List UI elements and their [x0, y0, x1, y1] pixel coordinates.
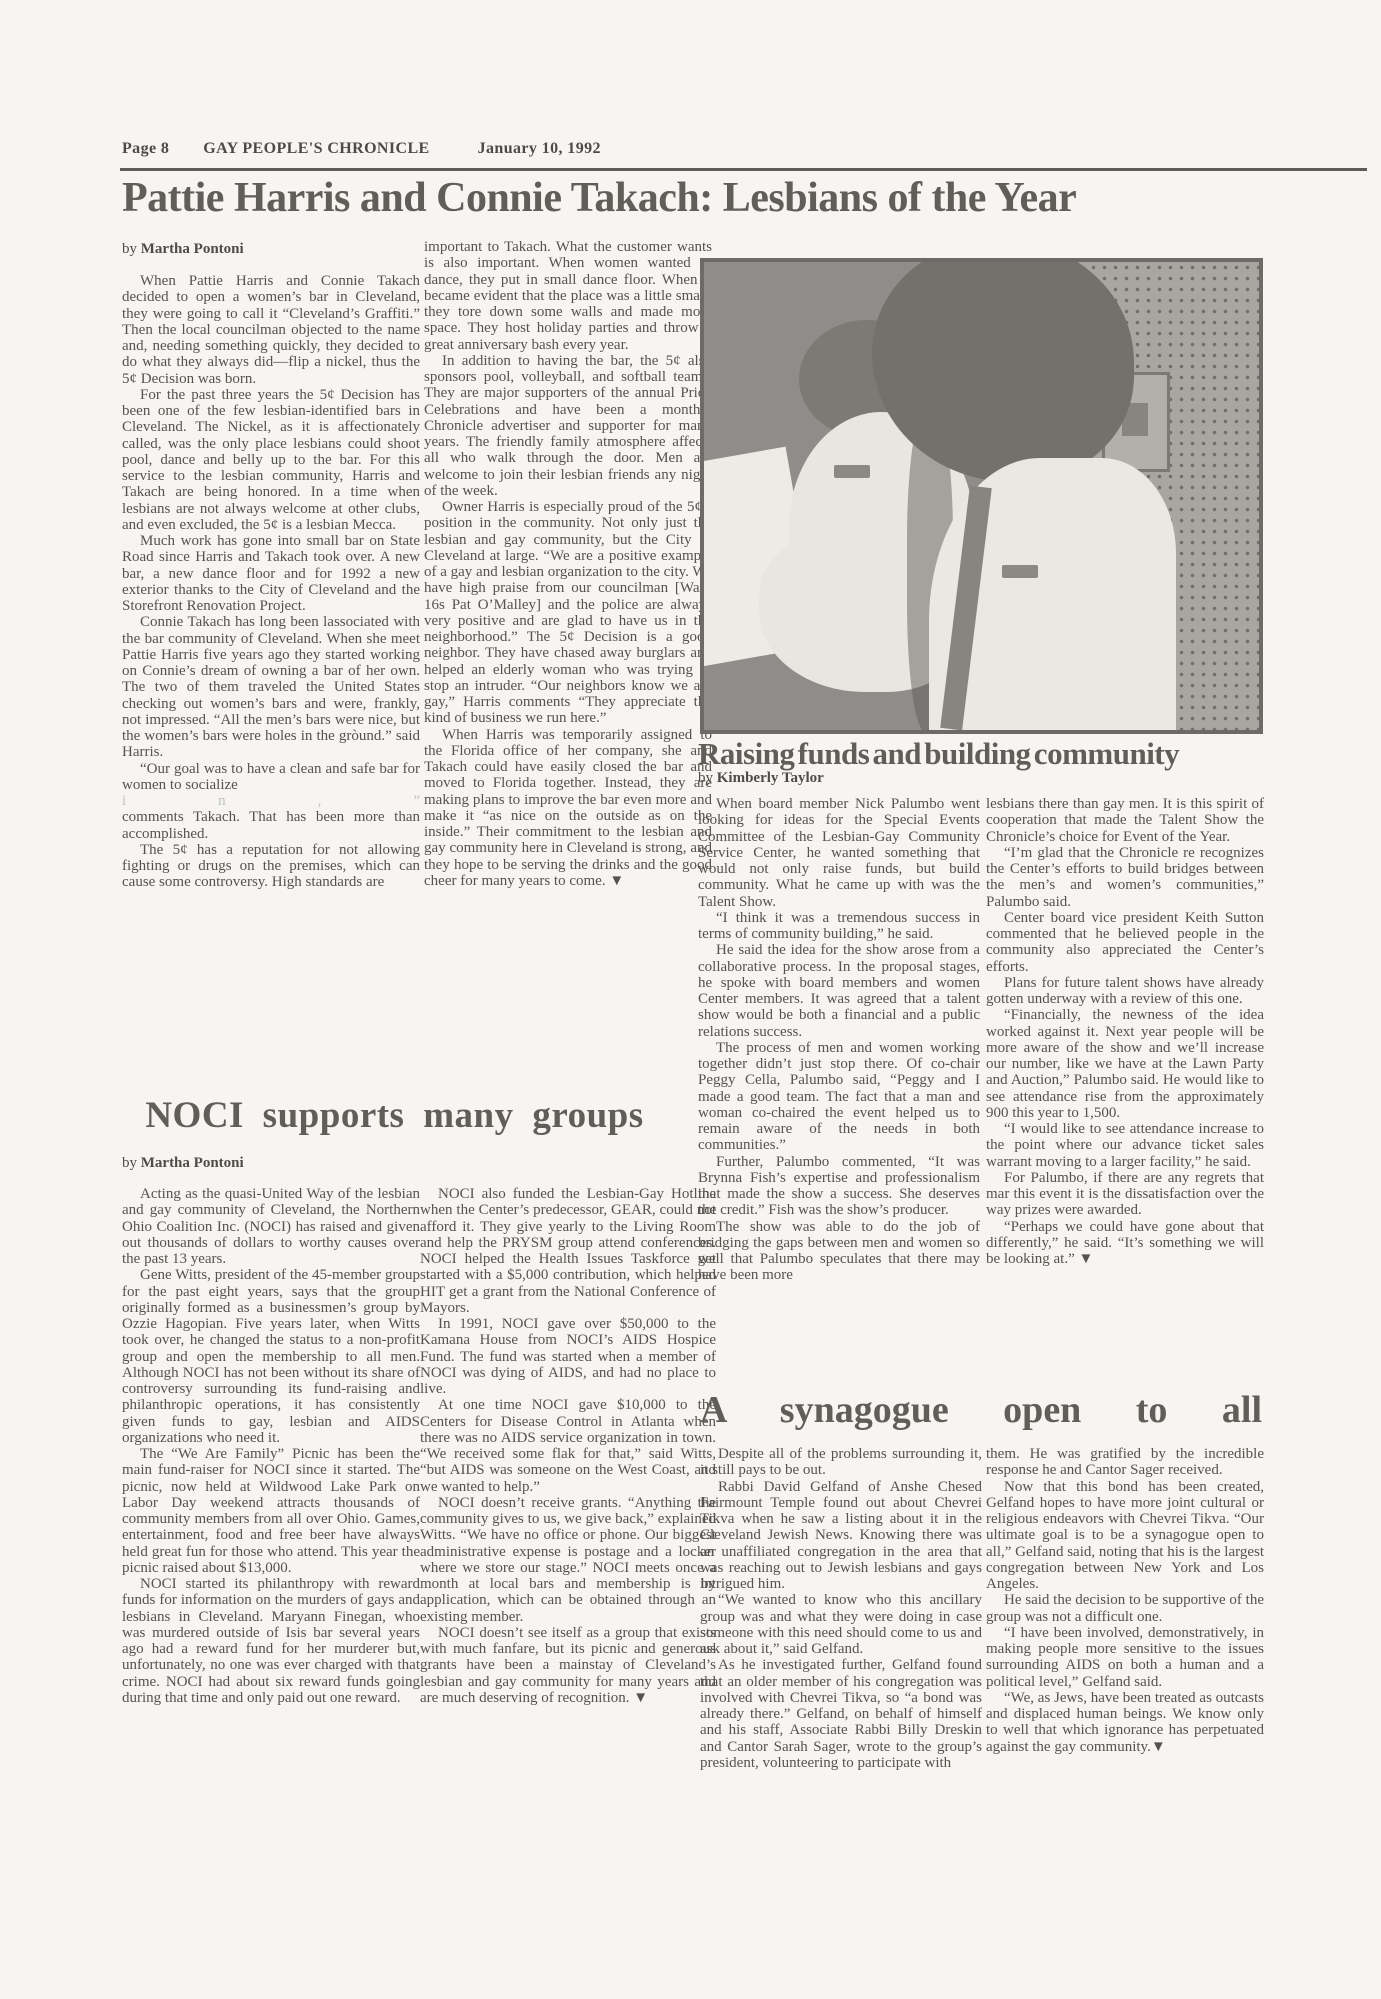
article2-column-2: lesbians there than gay men. It is this …: [986, 796, 1264, 1396]
byline-prefix: by: [122, 241, 137, 257]
article1-column-2: important to Takach. What the customer w…: [424, 239, 712, 1065]
paragraph: “I think it was a tremendous success in …: [698, 910, 980, 943]
paragraph: Owner Harris is especially proud of the …: [424, 499, 712, 727]
page-number: Page 8: [122, 140, 169, 158]
paragraph: The 5¢ has a reputation for not allowing…: [122, 842, 420, 891]
paragraph: The show was able to do the job of bridg…: [698, 1219, 980, 1284]
article4-column-1: Despite all of the problems surrounding …: [700, 1446, 982, 1876]
article1-column-1: When Pattie Harris and Connie Takach dec…: [122, 273, 420, 1065]
newspaper-page: Page 8 GAY PEOPLE'S CHRONICLE January 10…: [0, 0, 1381, 1999]
paragraph: Further, Palumbo commented, “It was Bryn…: [698, 1154, 980, 1219]
paragraph: The “We Are Family” Picnic has been the …: [122, 1446, 420, 1576]
article3-column-2: NOCI also funded the Lesbian-Gay Hotline…: [420, 1186, 716, 1826]
paragraph: At one time NOCI gave $10,000 to the Cen…: [420, 1397, 716, 1495]
paragraph: comments Takach. That has been more than…: [122, 809, 420, 842]
name-tag: [834, 465, 870, 478]
byline-prefix: by: [698, 770, 713, 786]
paragraph: Now that this bond has been created, Gel…: [986, 1479, 1264, 1593]
byline-author: Martha Pontoni: [141, 1155, 244, 1171]
paragraph: “I would like to see attendance increase…: [986, 1121, 1264, 1170]
paragraph: NOCI doesn’t receive grants. “Anything t…: [420, 1495, 716, 1625]
paragraph-print-defect: i n , ”: [122, 793, 420, 809]
headline-raising-funds: Raising funds and building community: [698, 736, 1264, 772]
paragraph: NOCI also funded the Lesbian-Gay Hotline…: [420, 1186, 716, 1316]
paragraph: The process of men and women working tog…: [698, 1040, 980, 1154]
publication-title: GAY PEOPLE'S CHRONICLE: [203, 140, 429, 158]
paragraph: When board member Nick Palumbo went look…: [698, 796, 980, 910]
paragraph: “We wanted to know who this ancillary gr…: [700, 1592, 982, 1657]
byline-author: Kimberly Taylor: [717, 770, 824, 786]
paragraph: Gene Witts, president of the 45-member g…: [122, 1267, 420, 1446]
paragraph: “I’m glad that the Chronicle re recogniz…: [986, 845, 1264, 910]
paragraph: Much work has gone into small bar on Sta…: [122, 533, 420, 614]
paragraph: Plans for future talent shows have alrea…: [986, 975, 1264, 1008]
name-tag: [1002, 565, 1038, 578]
paragraph: “Perhaps we could have gone about that d…: [986, 1219, 1264, 1268]
article-photo: [700, 258, 1263, 734]
paragraph: When Harris was temporarily assigned to …: [424, 727, 712, 890]
byline-prefix: by: [122, 1155, 137, 1171]
page-header: Page 8 GAY PEOPLE'S CHRONICLE January 10…: [122, 140, 601, 158]
paragraph: For Palumbo, if there are any regrets th…: [986, 1170, 1264, 1219]
paragraph: Despite all of the problems surrounding …: [700, 1446, 982, 1479]
paragraph: NOCI doesn’t see itself as a group that …: [420, 1625, 716, 1706]
paragraph: He said the idea for the show arose from…: [698, 942, 980, 1040]
article4-column-2: them. He was gratified by the incredible…: [986, 1446, 1264, 1876]
paragraph: lesbians there than gay men. It is this …: [986, 796, 1264, 845]
paragraph: important to Takach. What the customer w…: [424, 239, 712, 353]
byline-noci: by Martha Pontoni: [122, 1155, 244, 1172]
paragraph: As he investigated further, Gelfand foun…: [700, 1657, 982, 1771]
paragraph: When Pattie Harris and Connie Takach dec…: [122, 273, 420, 387]
byline-raising-funds: by Kimberly Taylor: [698, 770, 824, 787]
paragraph: He said the decision to be supportive of…: [986, 1592, 1264, 1625]
paragraph: Acting as the quasi-United Way of the le…: [122, 1186, 420, 1267]
paragraph: them. He was gratified by the incredible…: [986, 1446, 1264, 1479]
paragraph: “We, as Jews, have been treated as outca…: [986, 1690, 1264, 1755]
headline-lesbians-of-the-year: Pattie Harris and Connie Takach: Lesbian…: [122, 177, 1282, 221]
masthead-rule: [120, 168, 1367, 171]
headline-noci: NOCI supports many groups: [122, 1094, 667, 1137]
byline-lesbians-of-the-year: by Martha Pontoni: [122, 241, 244, 258]
article2-column-1: When board member Nick Palumbo went look…: [698, 796, 980, 1396]
paragraph: “I have been involved, demonstratively, …: [986, 1625, 1264, 1690]
paragraph: Connie Takach has long been lassociated …: [122, 614, 420, 760]
article3-column-1: Acting as the quasi-United Way of the le…: [122, 1186, 420, 1866]
paragraph: “Financially, the newness of the idea wo…: [986, 1007, 1264, 1121]
paragraph: “Our goal was to have a clean and safe b…: [122, 761, 420, 794]
paragraph: Rabbi David Gelfand of Anshe Chesed Fair…: [700, 1479, 982, 1593]
byline-author: Martha Pontoni: [141, 241, 244, 257]
paragraph: In 1991, NOCI gave over $50,000 to the K…: [420, 1316, 716, 1397]
paragraph: NOCI started its philanthropy with rewar…: [122, 1576, 420, 1706]
paragraph: In addition to having the bar, the 5¢ al…: [424, 353, 712, 499]
paragraph: Center board vice president Keith Sutton…: [986, 910, 1264, 975]
headline-synagogue: A synagogue open to all: [700, 1388, 1262, 1432]
issue-date: January 10, 1992: [478, 140, 601, 158]
paragraph: For the past three years the 5¢ Decision…: [122, 387, 420, 533]
